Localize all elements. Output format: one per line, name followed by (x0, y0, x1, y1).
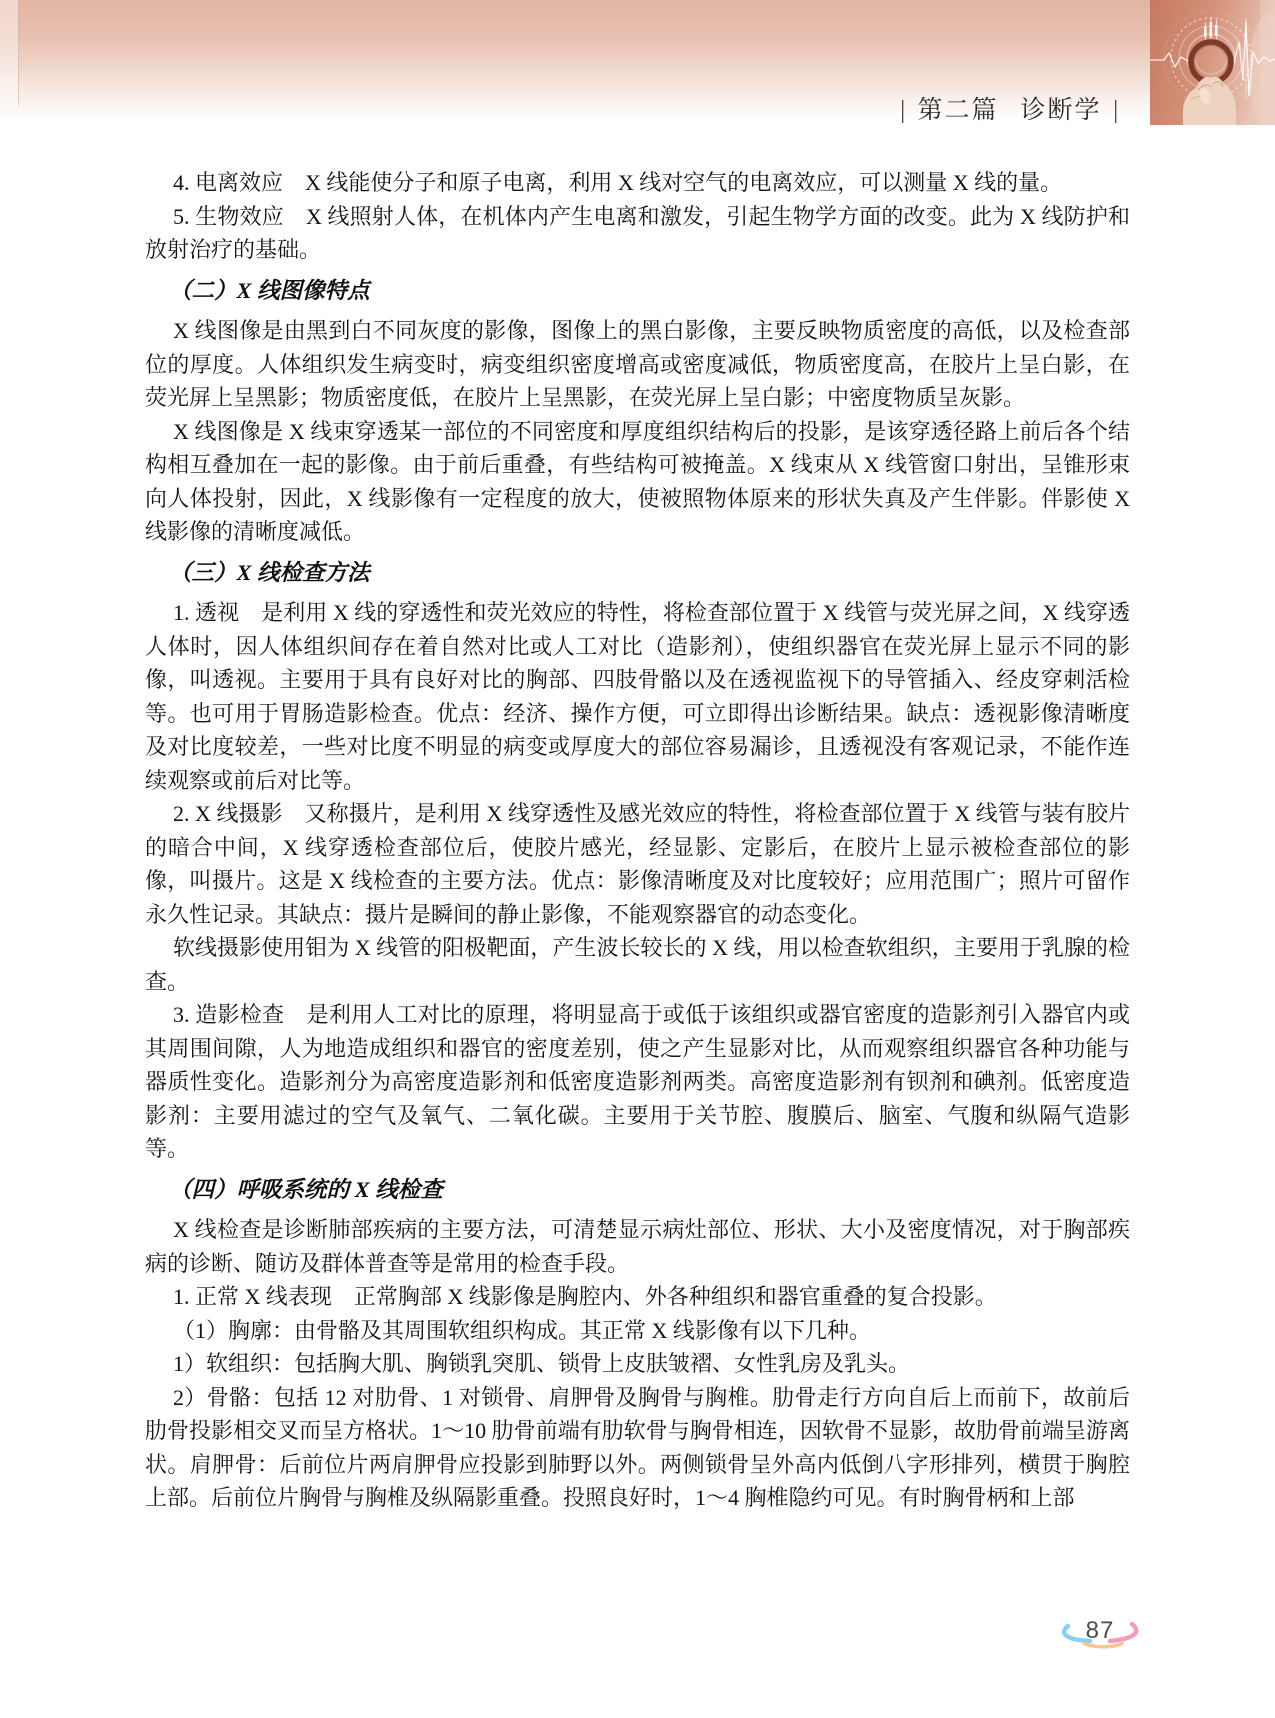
paragraph: 5. 生物效应 X 线照射人体，在机体内产生电离和激发，引起生物学方面的改变。此… (145, 200, 1130, 267)
paragraph: 3. 造影检查 是利用人工对比的原理，将明显高于或低于该组织或器官密度的造影剂引… (145, 998, 1130, 1166)
section-heading: （四）呼吸系统的 X 线检查 (145, 1173, 1130, 1207)
paragraph: 2）骨骼：包括 12 对肋骨、1 对锁骨、肩胛骨及胸骨与胸椎。肋骨走行方向自后上… (145, 1381, 1130, 1515)
hand-holding-magnifier-photo (1150, 0, 1275, 125)
subject-label: 诊断学 (1020, 96, 1101, 124)
separator-bar: | (1113, 96, 1118, 125)
section-heading: （三）X 线检查方法 (145, 556, 1130, 590)
paragraph: 4. 电离效应 X 线能使分子和原子电离，利用 X 线对空气的电离效应，可以测量… (145, 166, 1130, 200)
section-heading: （二）X 线图像特点 (145, 274, 1130, 308)
paragraph: 1）软组织：包括胸大肌、胸锁乳突肌、锁骨上皮肤皱褶、女性乳房及乳头。 (145, 1347, 1130, 1381)
paragraph: 2. X 线摄影 又称摄片，是利用 X 线穿透性及感光效应的特性，将检查部位置于… (145, 797, 1130, 931)
paragraph: X 线图像是由黑到白不同灰度的影像，图像上的黑白影像，主要反映物质密度的高低，以… (145, 314, 1130, 415)
page-number-block: 87 (1052, 1610, 1148, 1654)
paragraph: 1. 正常 X 线表现 正常胸部 X 线影像是胸腔内、外各种组织和器官重叠的复合… (145, 1280, 1130, 1314)
paragraph: 软线摄影使用钼为 X 线管的阳极靶面，产生波长较长的 X 线，用以检查软组织，主… (145, 931, 1130, 998)
paragraph: X 线图像是 X 线束穿透某一部位的不同密度和厚度组织结构后的投影，是该穿透径路… (145, 415, 1130, 549)
paragraph: 1. 透视 是利用 X 线的穿透性和荧光效应的特性，将检查部位置于 X 线管与荧… (145, 596, 1130, 797)
page-number: 87 (1052, 1617, 1148, 1645)
separator-bar: | (901, 96, 906, 125)
paragraph: （1）胸廓：由骨骼及其周围软组织构成。其正常 X 线影像有以下几种。 (145, 1314, 1130, 1348)
running-head: |第二篇诊断学| (889, 90, 1130, 126)
book-page: |第二篇诊断学| (0, 0, 1275, 1718)
part-label: 第二篇 (917, 96, 998, 124)
body-text: 4. 电离效应 X 线能使分子和原子电离，利用 X 线对空气的电离效应，可以测量… (145, 166, 1130, 1515)
page-edge-artifact (0, 0, 19, 106)
paragraph: X 线检查是诊断肺部疾病的主要方法，可清楚显示病灶部位、形状、大小及密度情况，对… (145, 1213, 1130, 1280)
